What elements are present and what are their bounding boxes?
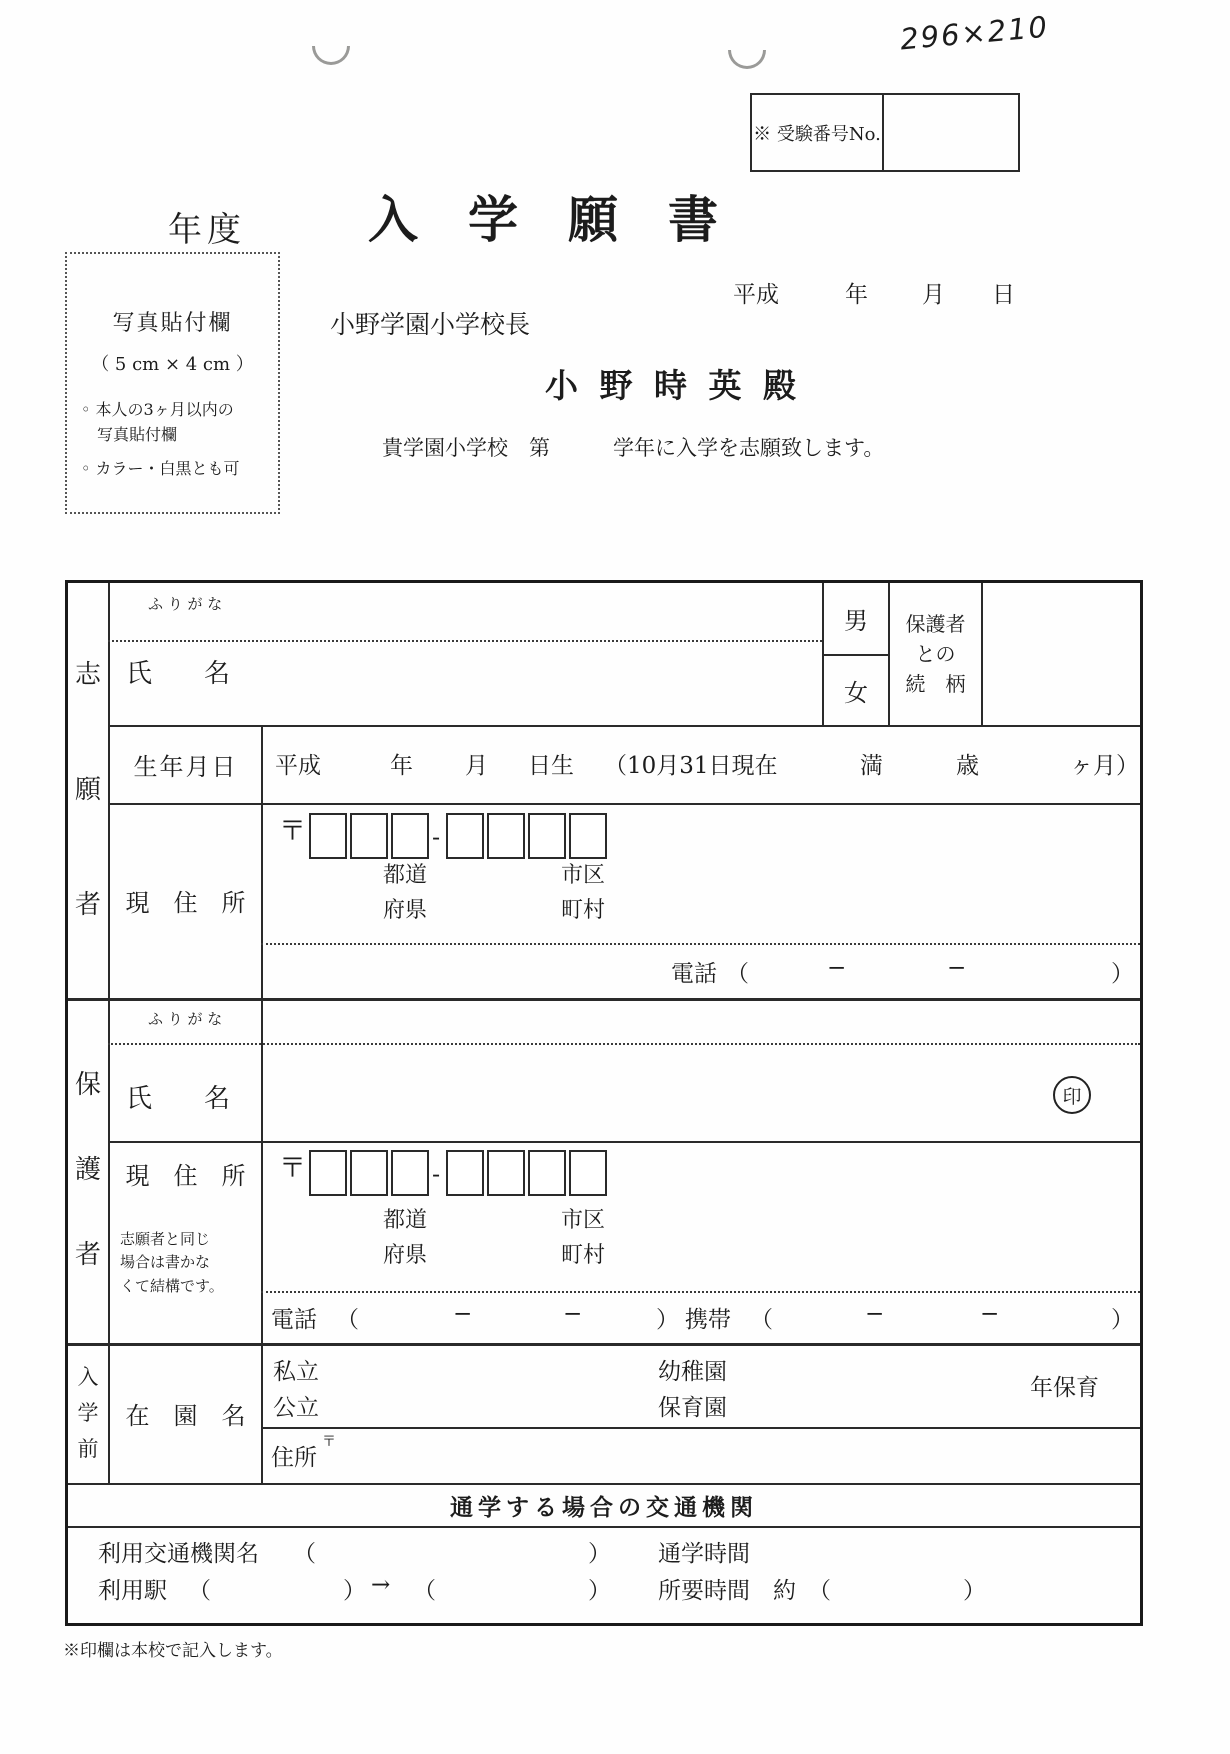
- postal-digit-box[interactable]: [487, 813, 525, 859]
- photo-box-title: 写真貼付欄: [67, 306, 278, 337]
- date-day-label: 日: [992, 276, 1015, 309]
- applicant-address-label: 現 住 所: [110, 803, 261, 998]
- exam-number-value-cell[interactable]: [884, 95, 1018, 170]
- phone-dash: −: [563, 1301, 582, 1327]
- paren-open: （: [293, 1535, 316, 1568]
- paren-open: （: [808, 1572, 831, 1605]
- preschool-name-label: 在 園 名: [110, 1343, 261, 1483]
- postal-digit-box[interactable]: [528, 1150, 566, 1196]
- birth-era: 平成: [275, 747, 321, 780]
- gender-option-female[interactable]: 女: [824, 656, 888, 725]
- preschool-address-field[interactable]: [263, 1429, 1140, 1481]
- phone-paren-close: ）: [656, 1301, 679, 1334]
- city-label-top: 市区: [561, 1203, 605, 1234]
- paren-close: ）: [588, 1572, 611, 1605]
- main-form-table: 志 願 者 ふ り が な 氏 名 男 女 保護者 との 続 柄 生年月日 平成…: [65, 580, 1143, 1626]
- postal-digit-box[interactable]: [487, 1150, 525, 1196]
- birth-month-unit: 月: [465, 747, 488, 780]
- year-suffix-label: 年度: [168, 202, 246, 251]
- preschool-address-label: 住所: [271, 1439, 317, 1472]
- photo-box-note2: ◦ カラー・白黒とも可: [81, 456, 240, 479]
- postal-digit-box[interactable]: [569, 1150, 607, 1196]
- photo-attachment-box[interactable]: 写真貼付欄 （ 5 cm × 4 cm ） ◦ 本人の3ヶ月以内の 写真貼付欄 …: [65, 252, 280, 514]
- duration-label: 所要時間: [658, 1572, 750, 1605]
- exam-number-box: ※ 受験番号No.: [750, 93, 1020, 172]
- guardian-address-label: 現 住 所: [110, 1153, 261, 1193]
- arrow-icon: →: [371, 1572, 390, 1598]
- handwritten-size-note: 296×210: [899, 10, 1050, 57]
- birth-months-unit: ヶ月）: [1070, 747, 1139, 780]
- prefecture-label-bottom: 府県: [383, 893, 427, 924]
- postal-mark: 〒: [279, 1146, 306, 1185]
- station-label: 利用駅: [98, 1572, 167, 1605]
- city-label-bottom: 町村: [561, 893, 605, 924]
- transport-name-label: 利用交通機関名: [98, 1535, 259, 1568]
- preschool-private-option[interactable]: 私立: [273, 1353, 319, 1386]
- guardian-name-field[interactable]: [263, 1000, 1140, 1139]
- transport-section-header: 通学する場合の交通機関: [68, 1485, 1140, 1526]
- mobile-label: 携帯: [685, 1301, 731, 1334]
- guardian-furigana-label: ふ り が な: [148, 1008, 222, 1029]
- paren-open: （: [188, 1572, 211, 1605]
- footer-office-note: ※印欄は本校で記入します。: [63, 1636, 283, 1661]
- postal-digit-box[interactable]: [350, 813, 388, 859]
- date-month-label: 月: [922, 276, 945, 309]
- phone-dash: −: [827, 955, 846, 981]
- birth-asof-note: （10月31日現在: [604, 747, 778, 780]
- postal-dash: -: [432, 823, 440, 851]
- application-form-page: 296×210 ※ 受験番号No. 年度 入 学 願 書 平成 年 月 日 小野…: [0, 0, 1230, 1754]
- mobile-paren-open: （: [750, 1301, 773, 1334]
- seal-stamp-spot[interactable]: 印: [1053, 1076, 1091, 1114]
- city-label-bottom: 町村: [561, 1238, 605, 1269]
- postal-mark: 〒: [322, 1431, 336, 1451]
- kindergarten-option[interactable]: 幼稚園: [658, 1353, 727, 1386]
- guardian-name-label: 氏 名: [126, 1078, 230, 1115]
- postal-digit-box[interactable]: [569, 813, 607, 859]
- exam-number-label: ※ 受験番号No.: [752, 95, 884, 170]
- birth-date-label: 生年月日: [110, 725, 261, 803]
- principal-name-line: 小 野 時 英 殿: [545, 360, 801, 407]
- paren-open: （: [413, 1572, 436, 1605]
- years-of-care-label: 年保育: [1030, 1369, 1099, 1402]
- city-label-top: 市区: [561, 858, 605, 889]
- mobile-dash: −: [865, 1301, 884, 1327]
- postal-dash: -: [432, 1160, 440, 1188]
- phone-dash: −: [947, 955, 966, 981]
- nursery-option[interactable]: 保育園: [658, 1389, 727, 1422]
- phone-paren-open: （: [726, 955, 749, 988]
- postal-digit-box[interactable]: [350, 1150, 388, 1196]
- birth-age-unit: 歳: [956, 747, 979, 780]
- phone-paren-close: ）: [1111, 955, 1134, 988]
- pledge-sentence: 貴学園小学校 第 学年に入学を志願致します。: [382, 432, 884, 462]
- birth-year-unit: 年: [390, 747, 413, 780]
- prefecture-label-top: 都道: [383, 858, 427, 889]
- guardian-section-label: 保 護 者: [68, 998, 108, 1343]
- phone-paren-open: （: [336, 1301, 359, 1334]
- photo-box-note1: ◦ 本人の3ヶ月以内の 写真貼付欄: [81, 398, 234, 448]
- paren-close: ）: [588, 1535, 611, 1568]
- postal-digit-box[interactable]: [446, 813, 484, 859]
- birth-age-full: 満: [860, 747, 883, 780]
- applicant-section-label: 志 願 者: [68, 583, 108, 998]
- guardian-address-note: 志願者と同じ 場合は書かな くて結構です。: [120, 1228, 260, 1298]
- postal-digit-box[interactable]: [446, 1150, 484, 1196]
- photo-box-size: （ 5 cm × 4 cm ）: [67, 350, 278, 376]
- phone-label: 電話: [271, 1301, 317, 1334]
- prefecture-label-bottom: 府県: [383, 1238, 427, 1269]
- applicant-name-label: 氏 名: [126, 653, 230, 690]
- mobile-dash: −: [980, 1301, 999, 1327]
- commute-time-label: 通学時間: [658, 1535, 750, 1568]
- date-era-label: 平成: [733, 276, 779, 309]
- applicant-furigana-label: ふ り が な: [148, 593, 222, 614]
- scan-artifact-arc: [728, 50, 766, 69]
- postal-digit-box[interactable]: [309, 813, 347, 859]
- postal-digit-box[interactable]: [309, 1150, 347, 1196]
- date-year-label: 年: [845, 276, 868, 309]
- phone-dash: −: [453, 1301, 472, 1327]
- postal-mark: 〒: [279, 809, 306, 848]
- preschool-public-option[interactable]: 公立: [273, 1389, 319, 1422]
- scan-artifact-arc: [312, 46, 350, 65]
- paren-close: ）: [343, 1572, 366, 1605]
- gender-option-male[interactable]: 男: [824, 583, 888, 654]
- preschool-section-label: 入 学 前: [68, 1343, 108, 1483]
- phone-label: 電話: [671, 955, 717, 988]
- guardian-relation-field[interactable]: [983, 583, 1140, 725]
- postal-digit-box[interactable]: [391, 813, 429, 859]
- principal-title-line: 小野学園小学校長: [330, 305, 530, 341]
- approx-label: 約: [773, 1572, 796, 1605]
- guardian-relation-label: 保護者 との 続 柄: [890, 583, 981, 725]
- form-title: 入 学 願 書: [368, 180, 718, 252]
- prefecture-label-top: 都道: [383, 1203, 427, 1234]
- postal-digit-box[interactable]: [528, 813, 566, 859]
- mobile-paren-close: ）: [1111, 1301, 1134, 1334]
- paren-close: ）: [963, 1572, 986, 1605]
- postal-digit-box[interactable]: [391, 1150, 429, 1196]
- birth-day-unit: 日生: [528, 747, 574, 780]
